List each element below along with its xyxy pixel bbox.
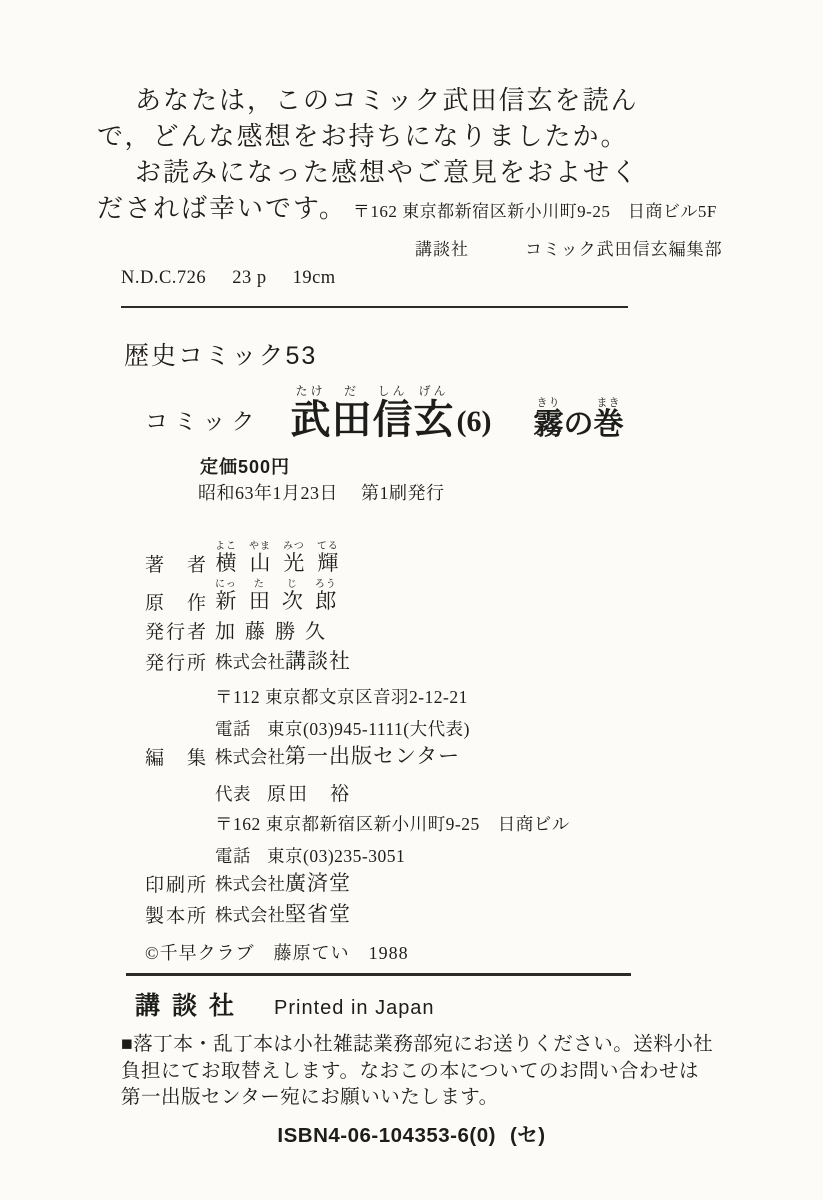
publisher-person-name: 加藤勝久 [215, 615, 335, 644]
divider-line-top [121, 306, 628, 308]
reader-message-line-3: お読みになった感想やご意見をおよせく [97, 155, 823, 191]
publisher-company: 株式会社講談社 [215, 645, 351, 675]
credit-label-publisher: 発行所 [145, 648, 215, 675]
book-title-row: コミック 武たけ田だ信しん玄げん (6) 霧きりの巻まき [145, 384, 823, 441]
publisher-imprint: 講談社 [135, 986, 246, 1022]
imprint-row: 講談社 Printed in Japan [135, 986, 823, 1019]
printer-company: 株式会社廣済堂 [215, 867, 351, 897]
isbn-number: ISBN4-06-104353-6(0) [277, 1124, 496, 1147]
publisher-phone-number: 東京(03)945-1111(大代表) [267, 719, 470, 739]
binder-company-prefix: 株式会社 [215, 905, 285, 925]
editor-company-prefix: 株式会社 [215, 747, 285, 767]
editor-phone-number: 東京(03)235-3051 [267, 846, 405, 866]
defect-notice: ■落丁本・乱丁本は小社雑誌業務部宛にお送りください。送料小社 負担にてお取替えし… [121, 1032, 823, 1112]
original-author-name: 新にっ田た次じ郎ろう [215, 579, 349, 615]
credit-label-author: 著 者 [145, 550, 215, 577]
credit-row-printer: 印刷所 株式会社廣済堂 [145, 870, 823, 897]
publisher-phone: 電話東京(03)945-1111(大代表) [215, 716, 823, 739]
printer-company-name: 廣済堂 [285, 871, 351, 895]
editor-address-text: 〒162 東京都新宿区新小川町9-25 日商ビル [215, 814, 570, 834]
defect-notice-line-2: 負担にてお取替えします。なおこの本についてのお問い合わせは [121, 1059, 823, 1086]
editorial-department: コミック武田信玄編集部 [525, 232, 723, 254]
publisher-address: 〒112 東京都文京区音羽2-12-21 [215, 684, 823, 707]
author-name: 横よこ山やま光みつ輝てる [215, 541, 351, 577]
credit-label-original-work: 原 作 [145, 588, 215, 615]
editor-company-name: 第一出版センター [285, 744, 460, 768]
credit-row-author: 著 者 横よこ山やま光みつ輝てる [145, 541, 823, 577]
series-label: 歴史コミック53 [124, 336, 823, 370]
credits-block: 著 者 横よこ山やま光みつ輝てる 原 作 新にっ田た次じ郎ろう 発行者 加藤勝久… [0, 541, 823, 963]
binder-company-name: 堅省堂 [285, 902, 351, 926]
ndc-classification: N.D.C.726 23 p 19cm [121, 268, 823, 292]
credit-row-publisher: 発行所 株式会社講談社 [145, 648, 823, 675]
printing-edition: 第1刷発行 [361, 483, 445, 503]
publisher-company-prefix: 株式会社 [215, 652, 285, 672]
credit-label-binder: 製本所 [145, 901, 215, 928]
credit-label-publisher-person: 発行者 [145, 617, 215, 644]
subtitle: 霧きりの巻まき [534, 397, 624, 441]
credit-row-binder: 製本所 株式会社堅省堂 [145, 901, 823, 928]
printing-info: 昭和63年1月23日 第1刷発行 [198, 479, 823, 503]
colophon-page: あなたは，このコミック武田信玄を読ん で，どんな感想をお持ちになりましたか。 お… [0, 0, 823, 1200]
editor-phone-label: 電話 [215, 846, 251, 866]
publisher-company-name: 講談社 [285, 649, 351, 673]
copyright-line: ©千早クラブ 藤原てい 1988 [145, 939, 823, 963]
volume-number: (6) [457, 405, 492, 441]
reader-message-line4-text: だされば幸いです。 [97, 194, 347, 223]
printing-date: 昭和63年1月23日 [198, 483, 338, 503]
editor-rep-label: 代表 [215, 784, 251, 804]
divider-line-bottom [126, 973, 631, 976]
credit-row-editor: 編 集 株式会社第一出版センター [145, 743, 823, 770]
reader-message-line-1: あなたは，このコミック武田信玄を読ん [97, 83, 823, 119]
title-category: コミック [145, 403, 261, 441]
editorial-dept-row: 講談社 コミック武田信玄編集部 [415, 232, 823, 254]
publisher-short-name: 講談社 [415, 232, 469, 254]
book-title: 武たけ田だ信しん玄げん [291, 384, 455, 441]
credit-label-printer: 印刷所 [145, 870, 215, 897]
editorial-address: 〒162 東京都新宿区新小川町9-25 日商ビル5F [353, 202, 717, 221]
price-label: 定価500円 [200, 453, 823, 475]
editor-address: 〒162 東京都新宿区新小川町9-25 日商ビル [215, 811, 823, 834]
reader-message-line-2: で，どんな感想をお持ちになりましたか。 [97, 119, 823, 155]
printed-in-japan: Printed in Japan [274, 997, 435, 1020]
editor-company: 株式会社第一出版センター [215, 740, 460, 770]
isbn-line: ISBN4-06-104353-6(0)(セ) [0, 1118, 823, 1148]
ndc-size: 19cm [293, 268, 336, 292]
printer-company-prefix: 株式会社 [215, 874, 285, 894]
credit-label-editor: 編 集 [145, 743, 215, 770]
credit-row-publisher-person: 発行者 加藤勝久 [145, 617, 823, 644]
publisher-phone-label: 電話 [215, 719, 251, 739]
ndc-code: N.D.C.726 [121, 268, 206, 292]
credit-row-original-work: 原 作 新にっ田た次じ郎ろう [145, 579, 823, 615]
editor-representative: 代表原田 裕 [215, 779, 823, 802]
reader-message: あなたは，このコミック武田信玄を読ん で，どんな感想をお持ちになりましたか。 お… [97, 83, 823, 254]
ndc-pages: 23 p [232, 268, 266, 292]
reader-message-line-4: だされば幸いです。〒162 東京都新宿区新小川町9-25 日商ビル5F [97, 191, 823, 230]
editor-phone: 電話東京(03)235-3051 [215, 843, 823, 866]
editor-rep-name: 原田 裕 [267, 784, 351, 805]
defect-notice-line-1: ■落丁本・乱丁本は小社雑誌業務部宛にお送りください。送料小社 [121, 1032, 823, 1059]
defect-notice-line-3: 第一出版センター宛にお願いいたします。 [121, 1085, 823, 1112]
isbn-suffix-code: (セ) [510, 1124, 546, 1147]
binder-company: 株式会社堅省堂 [215, 898, 351, 928]
publisher-address-text: 〒112 東京都文京区音羽2-12-21 [215, 687, 468, 707]
